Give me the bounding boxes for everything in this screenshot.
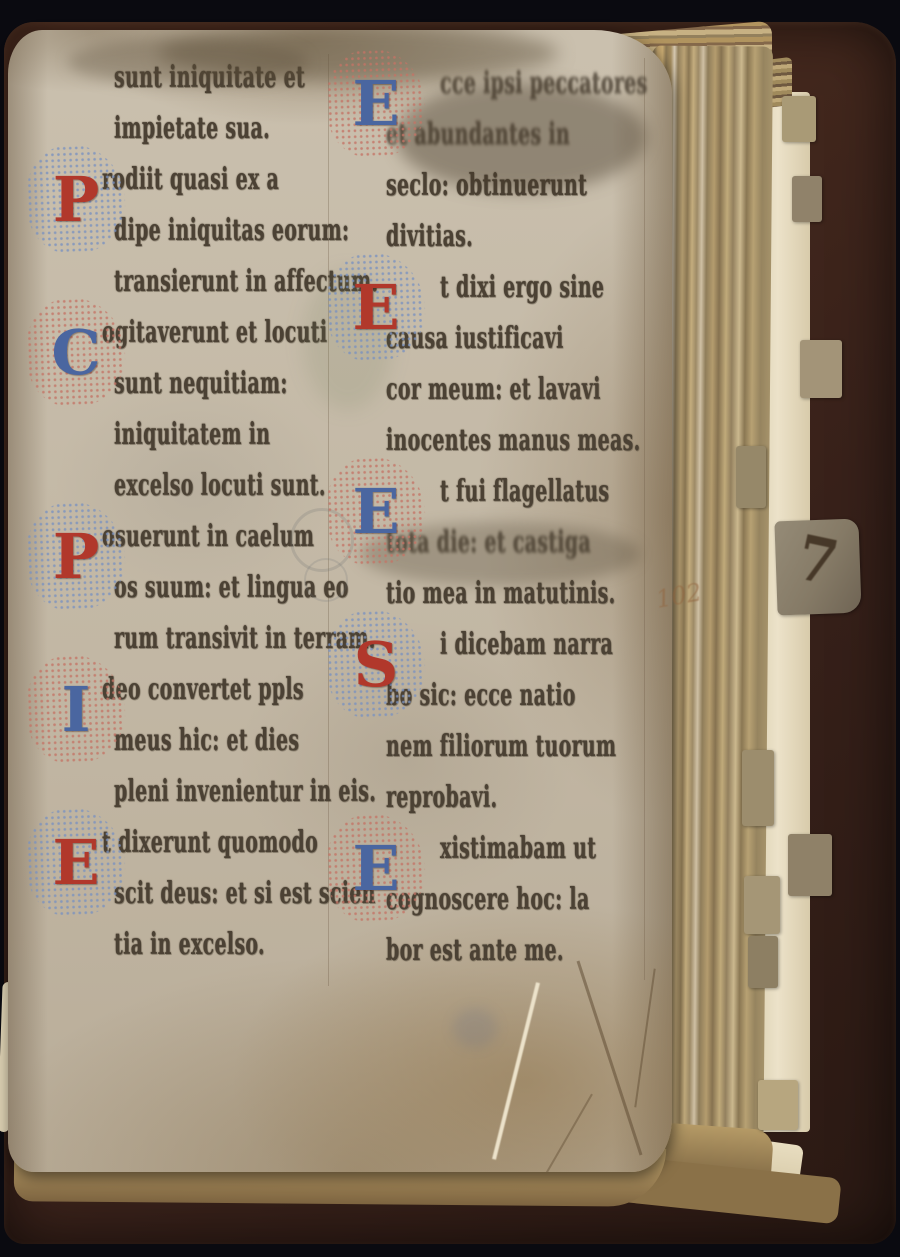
index-tab <box>788 834 832 896</box>
line-text: divitias. <box>386 219 473 253</box>
text-line: seclo: obtinuerunt <box>338 160 650 211</box>
text-line: I deo convertet ppls <box>38 664 336 715</box>
line-text: t dixerunt quomodo <box>102 825 318 859</box>
text-line: tia in excelso. <box>38 919 336 970</box>
line-text: iniquitatem in <box>114 417 270 451</box>
line-text: t dixi ergo sine <box>440 270 604 304</box>
illuminated-initial: E <box>332 464 420 558</box>
text-column-left: sunt iniquitate et impietate sua. P rodi… <box>38 52 336 970</box>
line-text: sunt iniquitate et <box>114 60 305 94</box>
text-line: bor est ante me. <box>338 925 650 976</box>
text-line: E t dixerunt quomodo <box>38 817 336 868</box>
index-tab <box>736 446 766 508</box>
illuminated-initial: E <box>332 56 420 150</box>
line-text: t fui flagellatus <box>440 474 609 508</box>
text-line: P rodiit quasi ex a <box>38 154 336 205</box>
line-text: osuerunt in caelum <box>102 519 314 553</box>
line-text: impietate sua. <box>114 111 270 145</box>
index-tab <box>800 340 842 398</box>
illuminated-initial: S <box>332 617 420 711</box>
line-text: tio mea in matutinis. <box>386 576 616 610</box>
index-tab <box>744 876 780 934</box>
illuminated-initial: I <box>32 662 120 756</box>
line-text: xistimabam ut <box>440 831 596 865</box>
index-tab <box>792 176 822 222</box>
line-text: pleni invenientur in eis. <box>114 774 376 808</box>
line-text: bor est ante me. <box>386 933 564 967</box>
text-line: E t dixi ergo sine <box>338 262 650 313</box>
parchment-crack <box>634 969 655 1108</box>
parchment-crack-light <box>492 982 540 1160</box>
illuminated-initial: P <box>32 509 120 603</box>
manuscript-photo: 7 sunt iniquitate et impietate sua. P ro… <box>0 0 900 1257</box>
line-text: cor meum: et lavavi <box>386 372 601 406</box>
line-text: sunt nequitiam: <box>114 366 288 400</box>
illuminated-initial: P <box>32 152 120 246</box>
line-text: tia in excelso. <box>114 927 265 961</box>
illuminated-initial: E <box>32 815 120 909</box>
line-text: dipe iniquitas eorum: <box>114 213 349 247</box>
line-text: seclo: obtinuerunt <box>386 168 587 202</box>
text-line: cor meum: et lavavi <box>338 364 650 415</box>
index-tab <box>782 96 816 142</box>
line-text: cce ipsi peccatores <box>440 66 648 100</box>
text-column-right: E cce ipsi peccatores et abundantes in s… <box>338 58 650 976</box>
line-text: i dicebam narra <box>440 627 613 661</box>
text-line: S i dicebam narra <box>338 619 650 670</box>
line-text: ogitaverunt et locuti <box>102 315 327 349</box>
index-tab <box>748 936 778 988</box>
text-line: E xistimabam ut <box>338 823 650 874</box>
line-text: deo convertet ppls <box>102 672 304 706</box>
tab-ink-mark: 7 <box>791 521 844 600</box>
line-text: inocentes manus meas. <box>386 423 641 457</box>
line-text: reprobavi. <box>386 780 497 814</box>
manuscript-page: sunt iniquitate et impietate sua. P rodi… <box>8 30 672 1172</box>
text-line: iniquitatem in <box>38 409 336 460</box>
line-text: rodiit quasi ex a <box>102 162 279 196</box>
illuminated-initial: E <box>332 821 420 915</box>
illuminated-initial: E <box>332 260 420 354</box>
line-text: meus hic: et dies <box>114 723 299 757</box>
index-tab <box>758 1080 798 1130</box>
index-tab-marked: 7 <box>774 519 861 616</box>
text-line: E t fui flagellatus <box>338 466 650 517</box>
stain <box>453 1008 497 1048</box>
line-text: excelso locuti sunt. <box>114 468 326 502</box>
illuminated-initial: C <box>32 305 120 399</box>
parchment-crack <box>577 961 643 1156</box>
text-line: C ogitaverunt et locuti <box>38 307 336 358</box>
ring-stain <box>304 558 348 602</box>
text-line: sunt iniquitate et <box>38 52 336 103</box>
index-tab <box>742 750 774 826</box>
text-line: nem filiorum tuorum <box>338 721 650 772</box>
text-line: E cce ipsi peccatores <box>338 58 650 109</box>
parchment-crack <box>545 1094 593 1172</box>
line-text: nem filiorum tuorum <box>386 729 616 763</box>
